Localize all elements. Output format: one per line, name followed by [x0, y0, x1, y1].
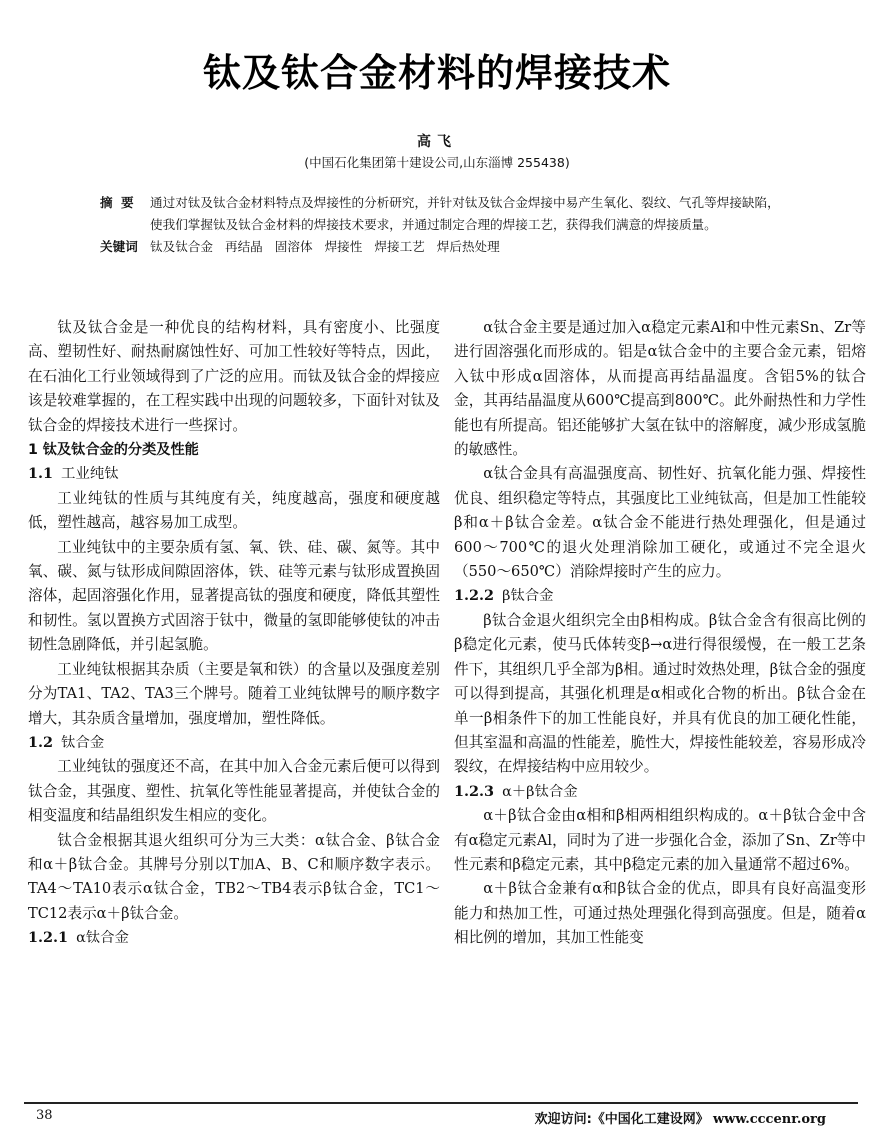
- paper-title: 钛及钛合金材料的焊接技术: [0, 42, 874, 97]
- keywords-row: 关键词 钛及钛合金 再结晶 固溶体 焊接性 焊接工艺 焊后热处理: [100, 236, 790, 258]
- section-title: α＋β钛合金: [502, 784, 578, 800]
- footer-site-label: 欢迎访问:《中国化工建设网》: [535, 1112, 709, 1127]
- body-paragraph: α＋β钛合金由α相和β相两相组织构成的。α＋β钛合金中含有α稳定元素Al，同时为…: [454, 804, 866, 877]
- body-paragraph: β钛合金退火组织完全由β相构成。β钛合金含有很高比例的β稳定化元素，使马氏体转变…: [454, 609, 866, 780]
- section-number: 1.2.3: [454, 783, 494, 800]
- keyword: 钛及钛合金: [150, 239, 213, 254]
- body-paragraph: α钛合金具有高温强度高、韧性好、抗氧化能力强、焊接性优良、组织稳定等特点，其强度…: [454, 462, 866, 584]
- body-paragraph: α＋β钛合金兼有α和β钛合金的优点，即具有良好高温变形能力和热加工性，可通过热处…: [454, 877, 866, 950]
- section-title: α钛合金: [76, 930, 129, 946]
- keyword: 固溶体: [275, 239, 313, 254]
- abstract-row: 摘 要 通过对钛及钛合金材料特点及焊接性的分析研究，并针对钛及钛合金焊接中易产生…: [100, 192, 790, 236]
- keyword: 再结晶: [225, 239, 263, 254]
- subsection-heading-1-2: 1.2钛合金: [28, 731, 440, 755]
- section-number: 1.2.1: [28, 929, 68, 946]
- author-name: 高飞: [0, 131, 874, 151]
- keyword: 焊后热处理: [437, 239, 500, 254]
- section-number: 1.1: [28, 465, 53, 482]
- keywords-list: 钛及钛合金 再结晶 固溶体 焊接性 焊接工艺 焊后热处理: [150, 236, 790, 258]
- footer-divider: [24, 1102, 858, 1104]
- keyword: 焊接工艺: [374, 239, 424, 254]
- keyword: 焊接性: [325, 239, 363, 254]
- intro-paragraph: 钛及钛合金是一种优良的结构材料，具有密度小、比强度高、塑韧性好、耐热耐腐蚀性好、…: [28, 316, 440, 438]
- body-paragraph: 工业纯钛根据其杂质（主要是氧和铁）的含量以及强度差别分为TA1、TA2、TA3三…: [28, 658, 440, 731]
- abstract-text: 通过对钛及钛合金材料特点及焊接性的分析研究，并针对钛及钛合金焊接中易产生氧化、裂…: [150, 192, 790, 236]
- page-number: 38: [36, 1108, 53, 1123]
- left-column: 钛及钛合金是一种优良的结构材料，具有密度小、比强度高、塑韧性好、耐热耐腐蚀性好、…: [28, 316, 440, 951]
- body-paragraph: 工业纯钛的性质与其纯度有关，纯度越高，强度和硬度越低，塑性越高，越容易加工成型。: [28, 487, 440, 536]
- section-number: 1.2: [28, 734, 53, 751]
- subsection-heading-1-2-1: 1.2.1α钛合金: [28, 926, 440, 950]
- keywords-label: 关键词: [100, 236, 150, 258]
- footer-site-url[interactable]: www.cccenr.org: [713, 1112, 826, 1127]
- body-paragraph: α钛合金主要是通过加入α稳定元素Al和中性元素Sn、Zr等进行固溶强化而形成的。…: [454, 316, 866, 462]
- abstract-block: 摘 要 通过对钛及钛合金材料特点及焊接性的分析研究，并针对钛及钛合金焊接中易产生…: [100, 192, 790, 258]
- subsection-heading-1-1: 1.1工业纯钛: [28, 462, 440, 486]
- right-column: α钛合金主要是通过加入α稳定元素Al和中性元素Sn、Zr等进行固溶强化而形成的。…: [454, 316, 866, 951]
- subsection-heading-1-2-3: 1.2.3α＋β钛合金: [454, 780, 866, 804]
- abstract-label: 摘 要: [100, 192, 150, 236]
- section-number: 1.2.2: [454, 587, 494, 604]
- section-heading-1: 1 钛及钛合金的分类及性能: [28, 438, 440, 462]
- footer-website: 欢迎访问:《中国化工建设网》 www.cccenr.org: [535, 1108, 826, 1127]
- body-paragraph: 工业纯钛的强度还不高，在其中加入合金元素后便可以得到钛合金，其强度、塑性、抗氧化…: [28, 755, 440, 828]
- subsection-heading-1-2-2: 1.2.2β钛合金: [454, 584, 866, 608]
- body-paragraph: 钛合金根据其退火组织可分为三大类：α钛合金、β钛合金和α＋β钛合金。其牌号分别以…: [28, 829, 440, 927]
- section-title: 工业纯钛: [61, 466, 119, 482]
- author-affiliation: (中国石化集团第十建设公司,山东淄博 255438): [0, 153, 874, 171]
- section-title: β钛合金: [502, 588, 554, 604]
- section-title: 钛合金: [61, 735, 104, 751]
- body-paragraph: 工业纯钛中的主要杂质有氢、氧、铁、硅、碳、氮等。其中氧、碳、氮与钛形成间隙固溶体…: [28, 536, 440, 658]
